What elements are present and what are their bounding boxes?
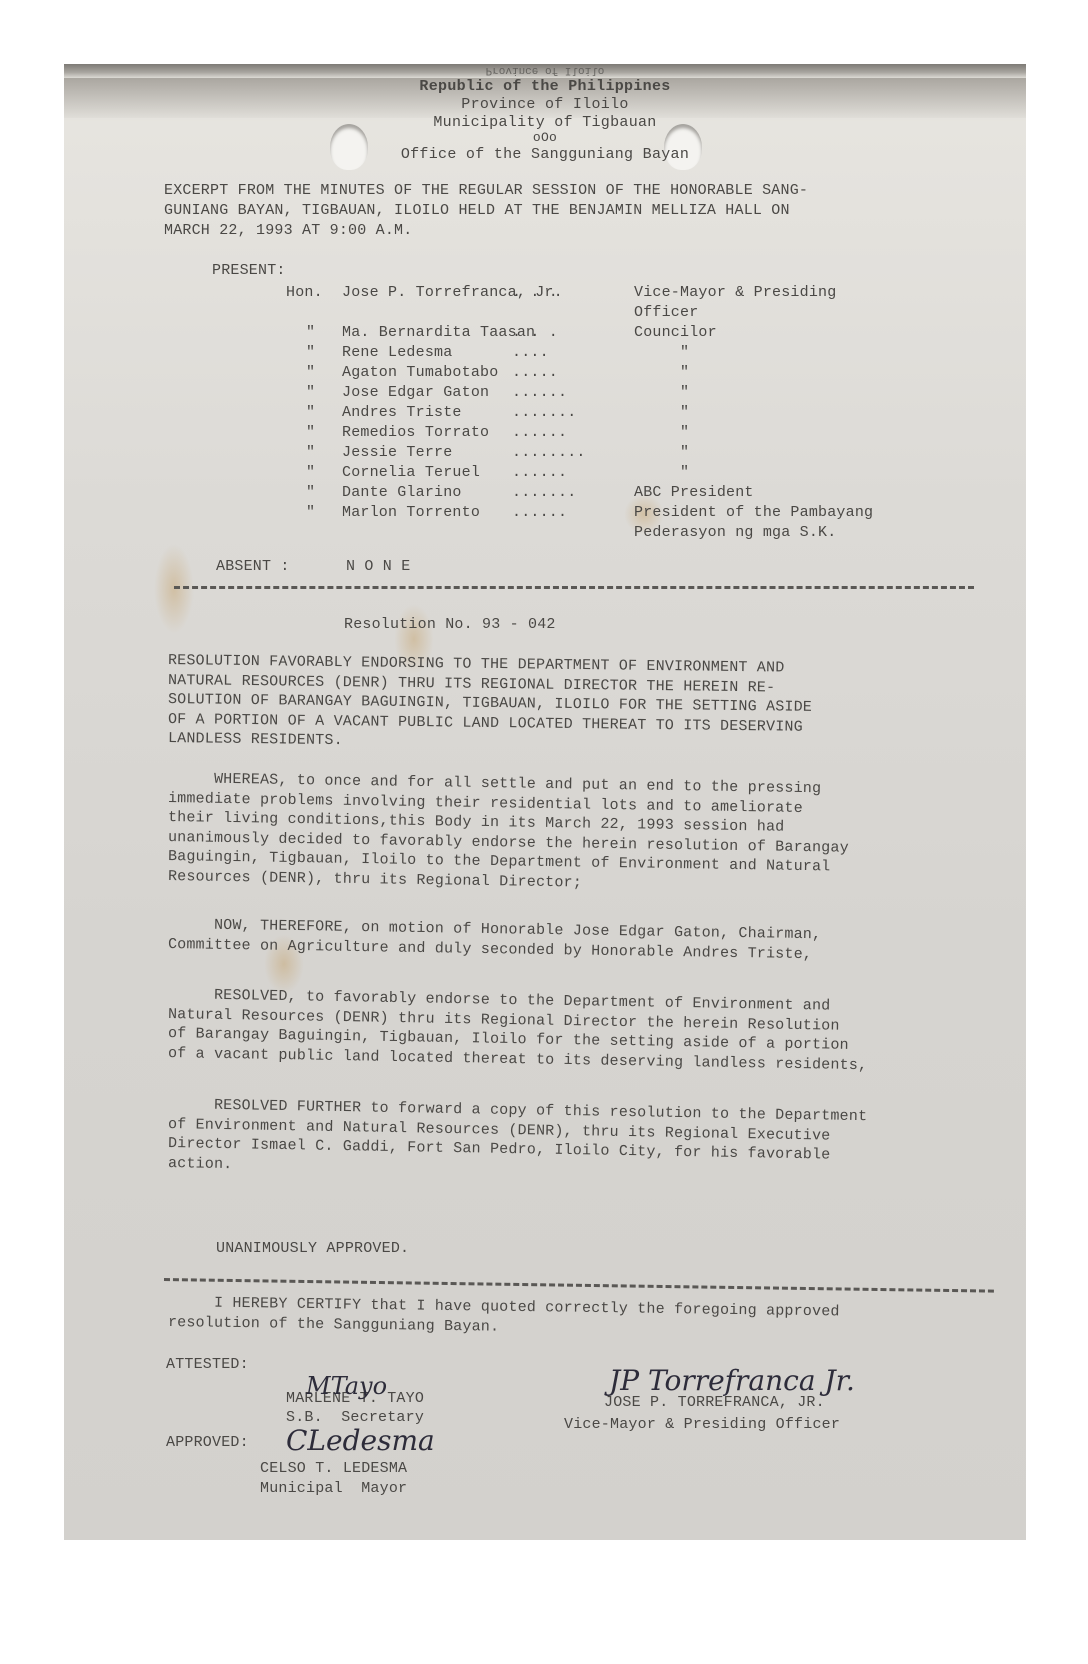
text-line: action. <box>168 1155 233 1173</box>
resolution-number: Resolution No. 93 - 042 <box>344 616 556 633</box>
present-label: PRESENT: <box>212 262 286 279</box>
excerpt-line: EXCERPT FROM THE MINUTES OF THE REGULAR … <box>164 182 808 199</box>
letterhead-office: Office of the Sangguniang Bayan <box>64 146 1026 163</box>
member-prefix: " <box>306 464 315 481</box>
letterhead-bleedthrough: Province of Iloilo <box>64 64 1026 76</box>
member-name: Andres Triste <box>342 404 462 421</box>
excerpt-line: GUNIANG BAYAN, TIGBAUAN, ILOILO HELD AT … <box>164 202 790 219</box>
member-name: Remedios Torrato <box>342 424 489 441</box>
absent-label: ABSENT : <box>216 558 290 575</box>
member-name: Ma. Bernardita Taasan <box>342 324 535 341</box>
text-line: LANDLESS RESIDENTS. <box>168 730 343 749</box>
member-leader-dots: ....... <box>512 484 576 501</box>
member-name: Cornelia Teruel <box>342 464 480 481</box>
text-line: resolution of the Sangguniang Bayan. <box>168 1314 499 1336</box>
member-position: " <box>680 384 689 401</box>
member-leader-dots: ...... <box>512 384 567 401</box>
member-leader-dots: . . . <box>512 324 558 341</box>
member-leader-dots: ..... <box>512 364 558 381</box>
member-leader-dots: ........ <box>512 444 586 461</box>
vice-mayor-signature: JP Torrefranca Jr. <box>609 1364 855 1397</box>
dashed-divider <box>174 586 974 589</box>
absent-value: N O N E <box>346 558 410 575</box>
member-position: " <box>680 364 689 381</box>
member-name: Dante Glarino <box>342 484 462 501</box>
secretary-signature: MTayo <box>306 1372 387 1400</box>
attested-label: ATTESTED: <box>166 1356 249 1373</box>
member-leader-dots: .... <box>512 344 549 361</box>
letterhead-republic: Republic of the Philippines <box>64 78 1026 95</box>
member-name: Jessie Terre <box>342 444 452 461</box>
dashed-divider <box>164 1278 994 1293</box>
member-leader-dots: ....... <box>512 404 576 421</box>
member-prefix: " <box>306 444 315 461</box>
text-line: Resources (DENR), thru its Regional Dire… <box>168 868 582 892</box>
member-leader-dots: . . . <box>512 284 558 301</box>
member-position: " <box>680 444 689 461</box>
member-prefix: " <box>306 384 315 401</box>
vice-mayor-title: Vice-Mayor & Presiding Officer <box>564 1416 840 1433</box>
member-position: " <box>680 424 689 441</box>
member-prefix: " <box>306 364 315 381</box>
member-position: Councilor <box>634 324 717 341</box>
member-position: ABC President <box>634 484 754 501</box>
mayor-name: CELSO T. LEDESMA <box>260 1460 407 1477</box>
mayor-title: Municipal Mayor <box>260 1480 407 1497</box>
member-prefix: " <box>306 324 315 341</box>
member-prefix: " <box>306 484 315 501</box>
letterhead-municipality: Municipality of Tigbauan <box>64 114 1026 131</box>
document-page: Province of Iloilo Republic of the Phili… <box>64 64 1026 1540</box>
letterhead-province: Province of Iloilo <box>64 96 1026 113</box>
member-prefix: " <box>306 424 315 441</box>
mayor-signature: CLedesma <box>286 1424 435 1457</box>
member-position-continued: Officer <box>634 304 698 321</box>
member-prefix: " <box>306 404 315 421</box>
member-leader-dots: ...... <box>512 464 567 481</box>
member-position: " <box>680 344 689 361</box>
member-position: " <box>680 404 689 421</box>
member-leader-dots: ...... <box>512 424 567 441</box>
member-leader-dots: ...... <box>512 504 567 521</box>
member-prefix: " <box>306 344 315 361</box>
member-name: Jose Edgar Gaton <box>342 384 489 401</box>
member-position: President of the Pambayang <box>634 504 873 521</box>
member-prefix: Hon. <box>286 284 323 301</box>
excerpt-line: MARCH 22, 1993 AT 9:00 A.M. <box>164 222 412 239</box>
paper-stain <box>154 544 194 634</box>
member-name: Rene Ledesma <box>342 344 452 361</box>
member-name: Agaton Tumabotabo <box>342 364 498 381</box>
approval-statement: UNANIMOUSLY APPROVED. <box>216 1240 409 1257</box>
member-position: " <box>680 464 689 481</box>
member-prefix: " <box>306 504 315 521</box>
approved-label: APPROVED: <box>166 1434 249 1451</box>
letterhead-ornament: oOo <box>64 130 1026 145</box>
member-position-continued: Pederasyon ng mga S.K. <box>634 524 836 541</box>
member-name: Marlon Torrento <box>342 504 480 521</box>
member-position: Vice-Mayor & Presiding <box>634 284 836 301</box>
